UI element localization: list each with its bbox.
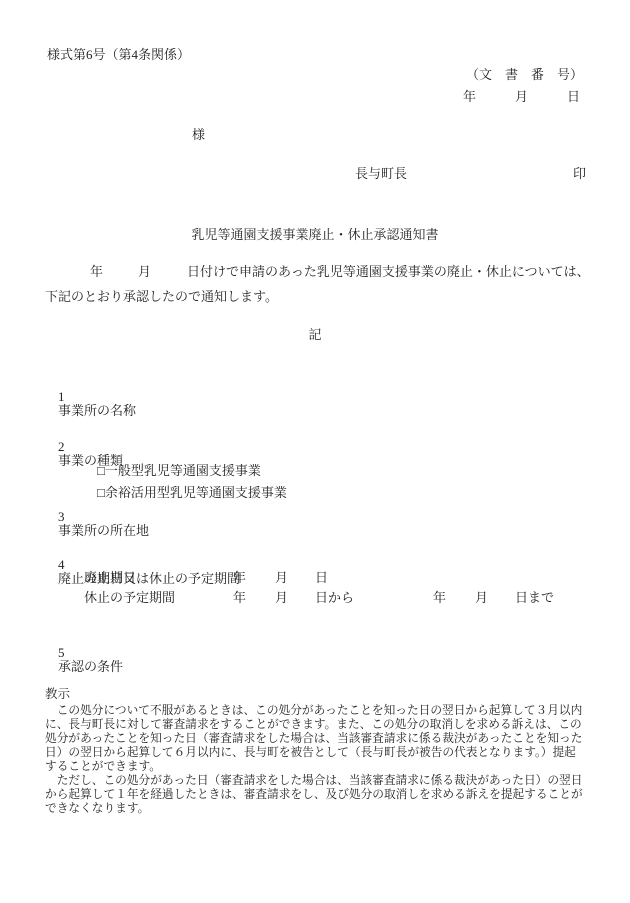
- body-line2-text: 下記のとおり承認したので通知します。: [45, 290, 278, 305]
- item-number: 3: [58, 510, 83, 525]
- date-unit-day-from: 日から: [315, 591, 354, 606]
- body-date-month: 月: [138, 265, 151, 280]
- item-number: 1: [58, 390, 83, 405]
- date-unit-year: 年: [433, 591, 446, 606]
- instruction-line: この処分について不服があるときは、この処分があったことを知った日の翌日から起算し…: [45, 704, 590, 718]
- instruction-line: できなくなります。: [45, 802, 590, 816]
- issuer-title: 長与町長: [355, 167, 407, 182]
- form-number: 様式第6号（第4条関係）: [47, 48, 190, 63]
- instructions-heading: 教示: [45, 687, 70, 701]
- document-title: 乳児等通園支援事業廃止・休止承認通知書: [0, 228, 630, 243]
- instruction-line: 日）の翌日から起算して６月以内に、長与町を被告として（長与町長が被告の代表となり…: [45, 746, 590, 760]
- item-number: 5: [58, 646, 83, 661]
- instruction-line: から起算して１年を経過したときは、審査請求をし、及び処分の取消しを求める訴えを提…: [45, 788, 590, 802]
- document-page: 様式第6号（第4条関係） （文 書 番 号） 年 月 日 様 長与町長 印 乳児…: [0, 0, 630, 903]
- document-number-label: （文 書 番 号）: [466, 68, 583, 83]
- body-date-year: 年: [90, 265, 103, 280]
- date-unit-day-until: 日まで: [515, 591, 554, 606]
- item-label: 事業所の所在地: [58, 523, 149, 538]
- date-unit-month: 月: [275, 591, 288, 606]
- item-approval-conditions: 5 承認の条件: [45, 631, 123, 689]
- seal-mark: 印: [573, 167, 586, 182]
- instruction-line: することができます。: [45, 760, 590, 774]
- suspension-period-label: 休止の予定期間: [84, 591, 175, 606]
- item-number: 2: [58, 440, 83, 455]
- instructions-paragraph: この処分について不服があるときは、この処分があったことを知った日の翌日から起算し…: [45, 704, 590, 816]
- issue-date-line: 年 月 日: [463, 90, 580, 105]
- date-unit-year: 年: [233, 571, 246, 586]
- date-unit-month: 月: [475, 591, 488, 606]
- item-number: 4: [58, 558, 83, 573]
- item-label: 承認の条件: [58, 659, 123, 674]
- instruction-line: 処分があったことを知った日（審査請求をした場合は、当該審査請求に係る裁決があった…: [45, 732, 590, 746]
- body-line1-text: 日付けで申請のあった乳児等通園支援事業の廃止・休止については、: [187, 265, 590, 280]
- date-unit-day: 日: [315, 571, 328, 586]
- addressee-honorific: 様: [192, 128, 205, 143]
- date-unit-month: 月: [275, 571, 288, 586]
- abolition-date-label: 廃止期日: [84, 571, 136, 586]
- record-heading: 記: [0, 328, 630, 343]
- date-unit-year: 年: [233, 591, 246, 606]
- instruction-line: に、長与町長に対して審査請求をすることができます。また、この処分の取消しを求める…: [45, 718, 590, 732]
- instruction-line: ただし、この処分があった日（審査請求をした場合は、当該審査請求に係る裁決があった…: [45, 774, 590, 788]
- item-label: 事業所の名称: [58, 403, 136, 418]
